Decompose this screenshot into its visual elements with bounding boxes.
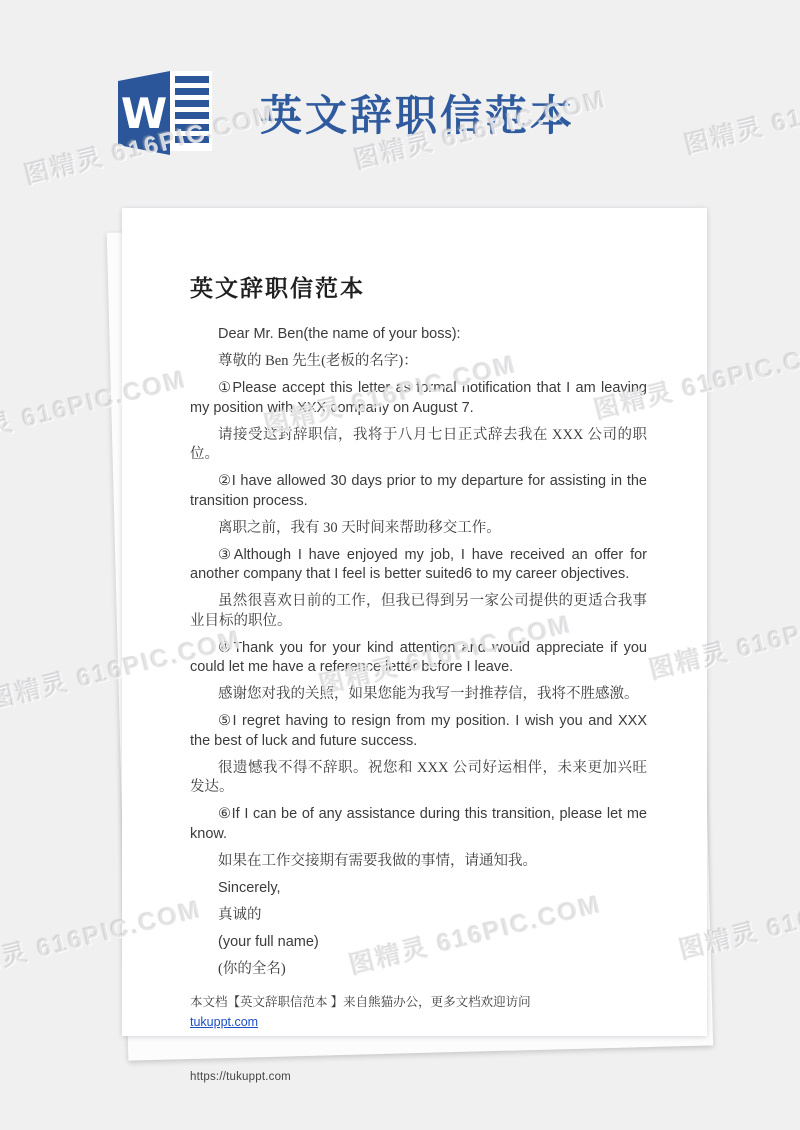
letter-paragraph: Dear Mr. Ben(the name of your boss): [190, 325, 647, 345]
source-note-text: 本文档【英文辞职信范本 】来自熊猫办公，更多文档欢迎访问 [190, 993, 647, 1011]
letter-paragraph: ⑤I regret having to resign from my posit… [190, 712, 647, 751]
letter-signoff-en: Sincerely, [190, 879, 647, 899]
header: W 英文辞职信范本 [112, 64, 575, 162]
letter-paragraph: ④Thank you for your kind attention and w… [190, 639, 647, 678]
letter-signoff-zh: 真诚的 [190, 906, 647, 926]
letter-paragraph: 离职之前，我有 30 天时间来帮助移交工作。 [190, 519, 647, 539]
letter-paragraph: 尊敬的 Ben 先生(老板的名字)： [190, 352, 647, 372]
letter-paragraph: ③Although I have enjoyed my job, I have … [190, 546, 647, 585]
letter-paragraph: 很遗憾我不得不辞职。祝您和 XXX 公司好运相伴，未来更加兴旺发达。 [190, 759, 647, 798]
letter-name-placeholder-zh: (你的全名) [190, 960, 647, 980]
screenshot-root: W 英文辞职信范本 英文辞职信范本 Dear Mr. Ben(the name … [0, 0, 800, 1130]
document-title: 英文辞职信范本 [190, 270, 647, 303]
letter-paragraph: ②I have allowed 30 days prior to my depa… [190, 472, 647, 511]
letter-paragraph: 请接受这封辞职信，我将于八月七日正式辞去我在 XXX 公司的职位。 [190, 426, 647, 465]
word-logo-letter: W [121, 89, 167, 138]
letter-paragraph: ⑥If I can be of any assistance during th… [190, 805, 647, 844]
page-title: 英文辞职信范本 [260, 83, 575, 143]
source-note: 本文档【英文辞职信范本 】来自熊猫办公，更多文档欢迎访问 tukuppt.com [190, 993, 647, 1031]
letter-name-placeholder-en: (your full name) [190, 933, 647, 953]
document-page: 英文辞职信范本 Dear Mr. Ben(the name of your bo… [122, 208, 707, 1036]
watermark-text: 图精灵 616PIC.COM [680, 64, 800, 161]
letter-paragraph: 感谢您对我的关照，如果您能为我写一封推荐信，我将不胜感激。 [190, 685, 647, 705]
tukuppt-link[interactable]: tukuppt.com [190, 1013, 258, 1031]
word-logo-icon: W [112, 66, 216, 160]
page-footer-url: https://tukuppt.com [190, 1071, 647, 1083]
letter-paragraph: 如果在工作交接期有需要我做的事情，请通知我。 [190, 852, 647, 872]
letter-paragraph: 虽然很喜欢日前的工作，但我已得到另一家公司提供的更适合我事业目标的职位。 [190, 592, 647, 631]
letter-paragraph: ①Please accept this letter as formal not… [190, 379, 647, 418]
